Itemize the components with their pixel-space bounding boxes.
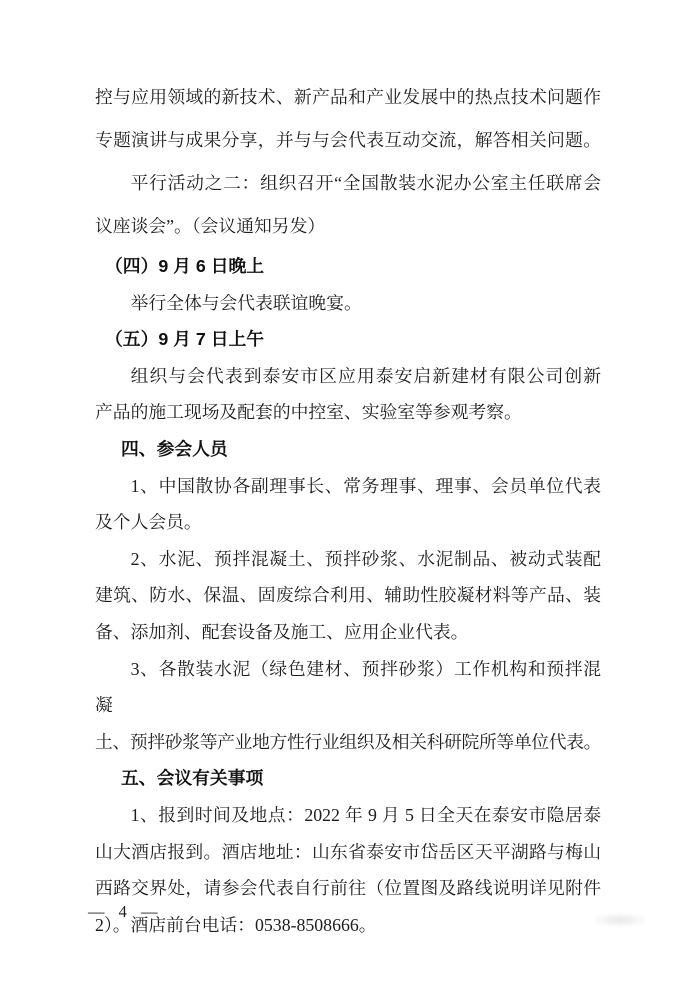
text-line: 西路交界处，请参会代表自行前往（位置图及路线说明详见附件 <box>95 870 601 907</box>
section-heading: 四、参会人员 <box>95 431 601 468</box>
section-heading: 五、会议有关事项 <box>95 760 601 797</box>
text-line: 山大酒店报到。酒店地址：山东省泰安市岱岳区天平湖路与梅山 <box>95 834 601 871</box>
text-line: 及个人会员。 <box>95 504 601 541</box>
text-line: 平行活动之二：组织召开“全国散装水泥办公室主任联席会 <box>95 162 601 205</box>
page-number: — 4 — <box>88 902 160 922</box>
text-line: 2、水泥、预拌混凝土、预拌砂浆、水泥制品、被动式装配 <box>95 541 601 578</box>
text-line: 2）。酒店前台电话：0538-8508666。 <box>95 907 601 944</box>
text-line: 举行全体与会代表联谊晚宴。 <box>95 285 601 322</box>
text-line: 土、预拌砂浆等产业地方性行业组织及相关科研院所等单位代表。 <box>95 724 601 761</box>
document-page: 控与应用领域的新技术、新产品和产业发展中的热点技术问题作 专题演讲与成果分享，并… <box>0 0 700 990</box>
text-line: 建筑、防水、保温、固废综合利用、辅助性胶凝材料等产品、装 <box>95 577 601 614</box>
text-line: 1、中国散协各副理事长、常务理事、理事、会员单位代表 <box>95 468 601 505</box>
text-line: 专题演讲与成果分享，并与与会代表互动交流，解答相关问题。 <box>95 119 601 162</box>
text-line: 1、报到时间及地点：2022 年 9 月 5 日全天在泰安市隐居泰 <box>95 797 601 834</box>
text-line: 备、添加剂、配套设备及施工、应用企业代表。 <box>95 614 601 651</box>
text-line: 3、各散装水泥（绿色建材、预拌砂浆）工作机构和预拌混凝 <box>95 651 601 724</box>
text-line: 控与应用领域的新技术、新产品和产业发展中的热点技术问题作 <box>95 76 601 119</box>
document-body: 控与应用领域的新技术、新产品和产业发展中的热点技术问题作 专题演讲与成果分享，并… <box>95 76 601 943</box>
section-heading: （四）9 月 6 日晚上 <box>95 248 601 285</box>
section-heading: （五）9 月 7 日上午 <box>95 321 601 358</box>
text-line: 组织与会代表到泰安市区应用泰安启新建材有限公司创新 <box>95 358 601 395</box>
text-line: 议座谈会”。（会议通知另发） <box>95 205 601 248</box>
text-line: 产品的施工现场及配套的中控室、实验室等参观考察。 <box>95 394 601 431</box>
